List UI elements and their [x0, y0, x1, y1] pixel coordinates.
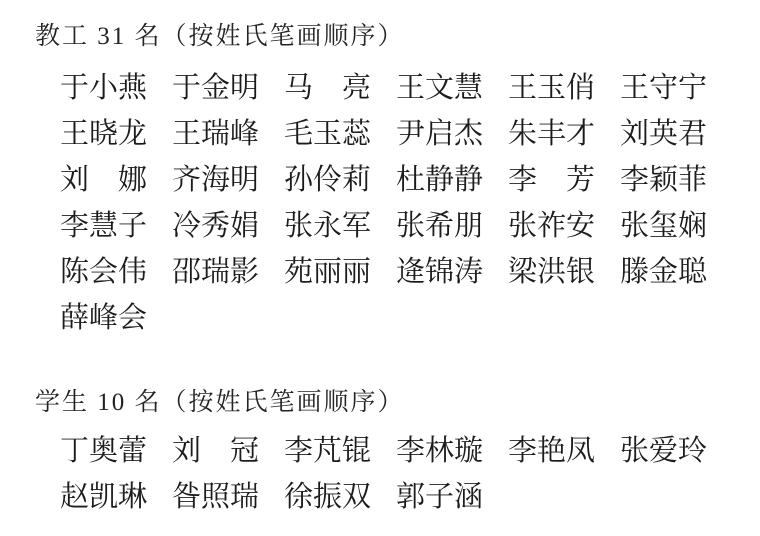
person-name: 邵瑞影 [172, 248, 284, 294]
person-name: 逄锦涛 [396, 248, 508, 294]
person-name: 王守宁 [620, 64, 732, 110]
faculty-section-title: 教工 31 名（按姓氏笔画顺序） [35, 20, 732, 54]
document-page: 教工 31 名（按姓氏笔画顺序） 于小燕 于金明 马 亮 王文慧 王玉俏 王守宁… [0, 0, 760, 536]
person-name: 齐海明 [172, 156, 284, 202]
person-name: 刘 冠 [172, 427, 284, 473]
person-name: 毛玉蕊 [284, 110, 396, 156]
person-name: 张爱玲 [620, 427, 732, 473]
person-name: 于小燕 [60, 64, 172, 110]
person-name: 马 亮 [284, 64, 396, 110]
person-name: 张永军 [284, 202, 396, 248]
person-name: 于金明 [172, 64, 284, 110]
person-name: 陈会伟 [60, 248, 172, 294]
person-name: 李林璇 [396, 427, 508, 473]
person-name: 刘英君 [620, 110, 732, 156]
person-name: 朱丰才 [508, 110, 620, 156]
person-name: 昝照瑞 [172, 473, 284, 519]
person-name: 李芃锟 [284, 427, 396, 473]
person-name: 王玉俏 [508, 64, 620, 110]
person-name: 郭子涵 [396, 473, 508, 519]
student-section: 学生 10 名（按姓氏笔画顺序） 丁奥蕾 刘 冠 李芃锟 李林璇 李艳凤 张爱玲… [35, 386, 732, 519]
person-name: 冷秀娟 [172, 202, 284, 248]
person-name: 张祚安 [508, 202, 620, 248]
student-section-title: 学生 10 名（按姓氏笔画顺序） [35, 386, 732, 420]
person-name: 丁奥蕾 [60, 427, 172, 473]
person-name: 孙伶莉 [284, 156, 396, 202]
person-name: 尹启杰 [396, 110, 508, 156]
person-name: 张希朋 [396, 202, 508, 248]
person-name: 李慧子 [60, 202, 172, 248]
faculty-names-grid: 于小燕 于金明 马 亮 王文慧 王玉俏 王守宁 王晓龙 王瑞峰 毛玉蕊 尹启杰 … [60, 64, 732, 340]
person-name: 徐振双 [284, 473, 396, 519]
person-name: 刘 娜 [60, 156, 172, 202]
person-name: 薛峰会 [60, 294, 172, 340]
person-name: 王文慧 [396, 64, 508, 110]
person-name: 王瑞峰 [172, 110, 284, 156]
person-name: 赵凯琳 [60, 473, 172, 519]
person-name: 李 芳 [508, 156, 620, 202]
person-name: 李颖菲 [620, 156, 732, 202]
person-name: 苑丽丽 [284, 248, 396, 294]
faculty-section: 教工 31 名（按姓氏笔画顺序） 于小燕 于金明 马 亮 王文慧 王玉俏 王守宁… [35, 20, 732, 340]
person-name: 张玺娴 [620, 202, 732, 248]
person-name: 梁洪银 [508, 248, 620, 294]
student-names-grid: 丁奥蕾 刘 冠 李芃锟 李林璇 李艳凤 张爱玲 赵凯琳 昝照瑞 徐振双 郭子涵 [60, 427, 732, 519]
person-name: 杜静静 [396, 156, 508, 202]
person-name: 李艳凤 [508, 427, 620, 473]
person-name: 滕金聪 [620, 248, 732, 294]
person-name: 王晓龙 [60, 110, 172, 156]
